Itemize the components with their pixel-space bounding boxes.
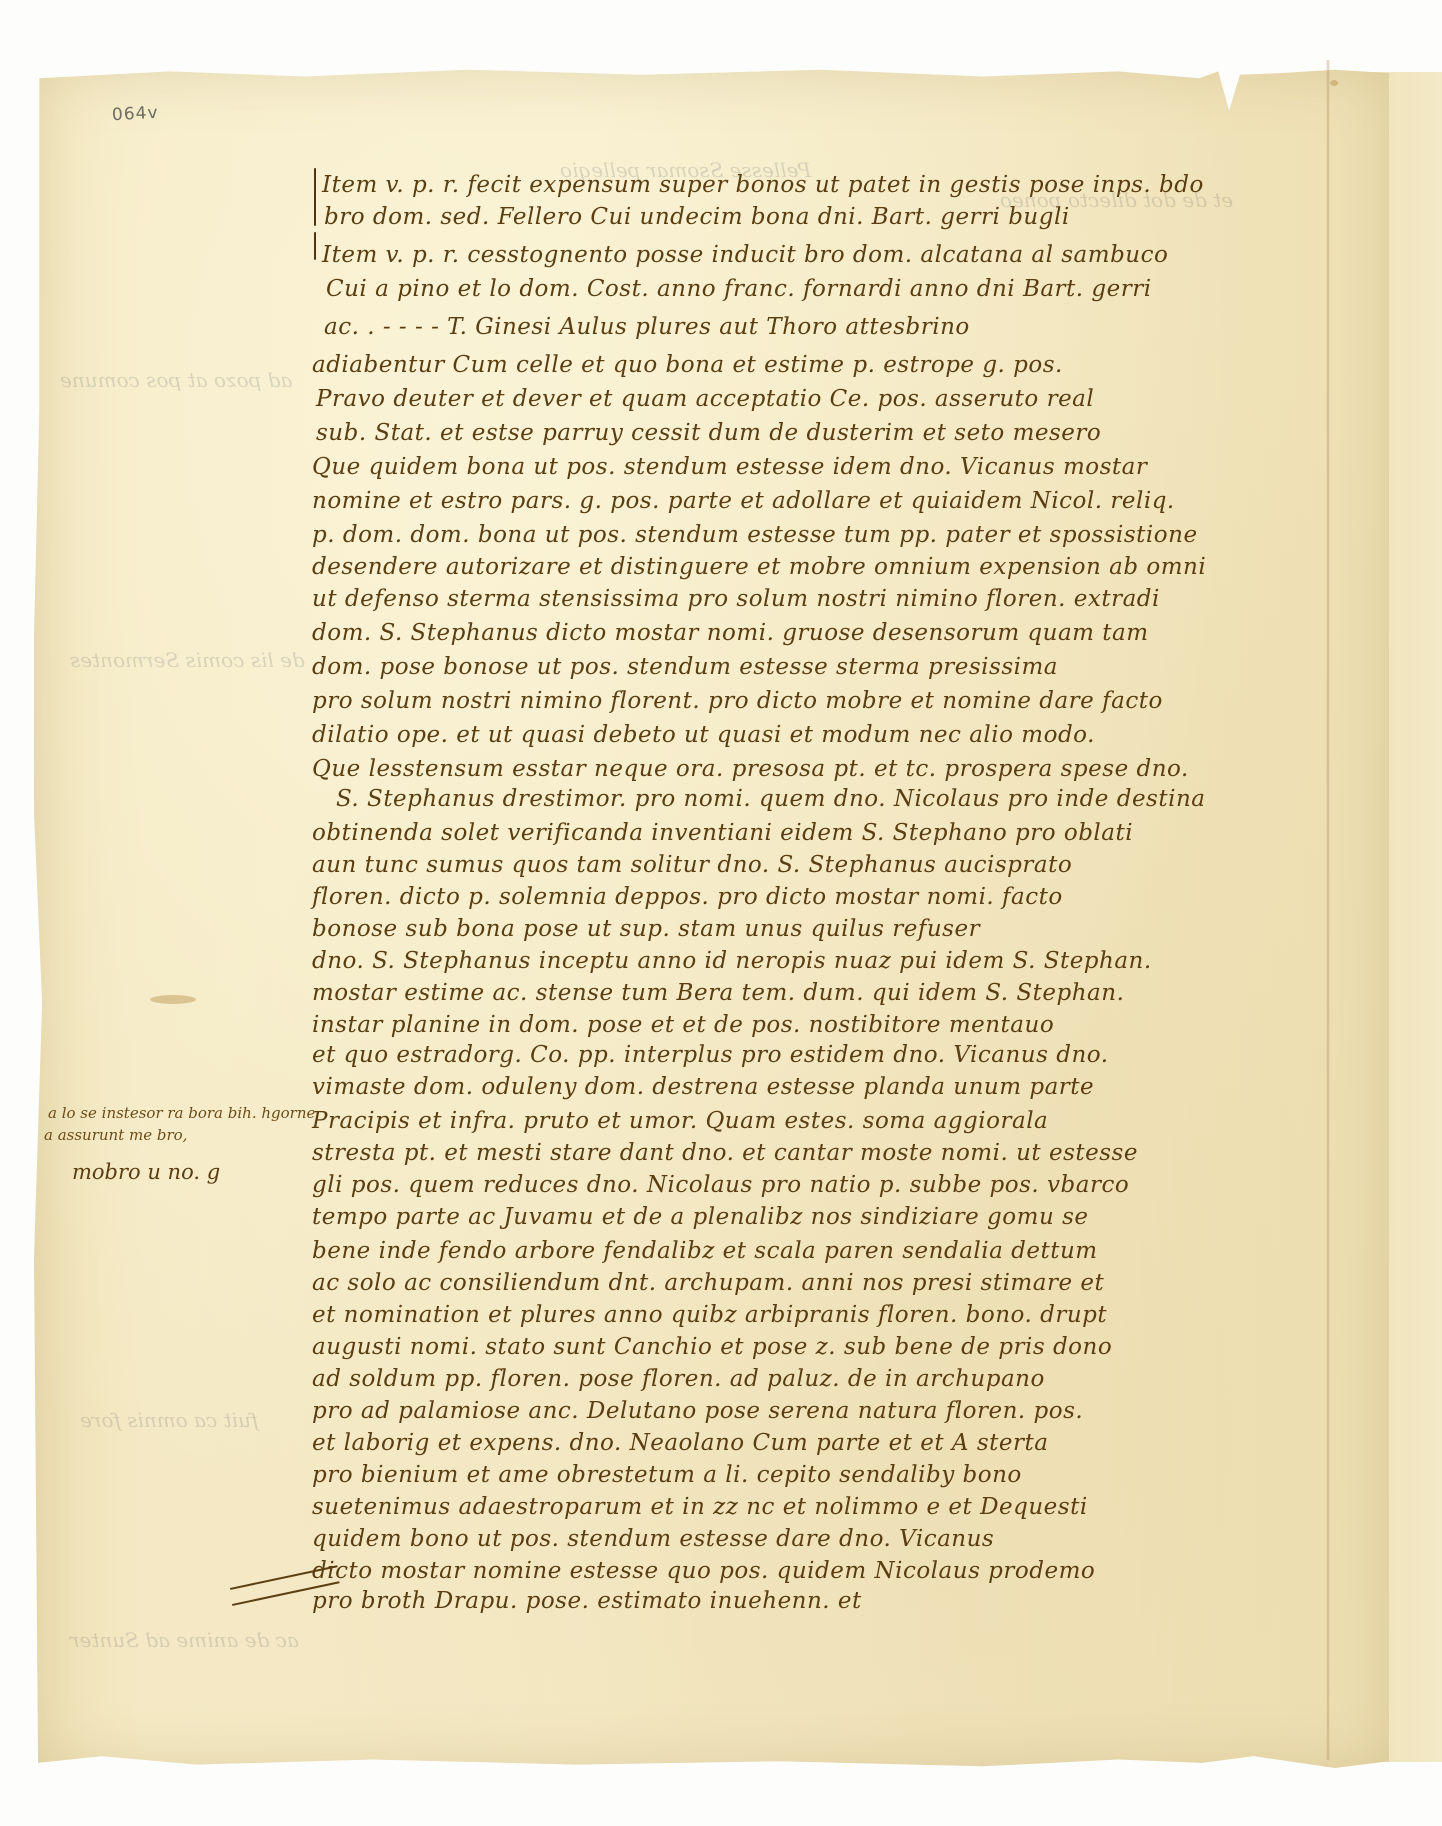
text-line: pro solum nostri nimino florent. pro dic… [312, 688, 1163, 714]
text-line: nomine et estro pars. g. pos. parte et a… [312, 488, 1175, 514]
text-line: ad soldum pp. floren. pose floren. ad pa… [312, 1366, 1045, 1392]
text-line: ac. . - - - - T. Ginesi Aulus plures aut… [324, 314, 970, 340]
marginal-note-line: mobro u no. g [72, 1160, 220, 1184]
text-line: Que quidem bona ut pos. stendum estesse … [312, 454, 1147, 480]
text-line: aun tunc sumus quos tam solitur dno. S. … [312, 852, 1072, 878]
text-line: obtinenda solet verificanda inventiani e… [312, 820, 1133, 846]
text-line: floren. dicto p. solemnia deppos. pro di… [312, 884, 1063, 910]
text-line: p. dom. dom. bona ut pos. stendum estess… [312, 522, 1198, 548]
text-line: adiabentur Cum celle et quo bona et esti… [312, 352, 1063, 378]
text-line: et quo estradorg. Co. pp. interplus pro … [312, 1042, 1109, 1068]
text-line: sub. Stat. et estse parruy cessit dum de… [316, 420, 1101, 446]
item-bracket [314, 232, 316, 260]
text-line: mostar estime ac. stense tum Bera tem. d… [312, 980, 1124, 1006]
text-line: S. Stephanus drestimor. pro nomi. quem d… [336, 786, 1206, 812]
text-line: ac solo ac consiliendum dnt. archupam. a… [312, 1270, 1104, 1296]
folio-number: 064v [112, 103, 159, 125]
text-line: Cui a pino et lo dom. Cost. anno franc. … [326, 276, 1152, 302]
ink-stain [150, 995, 196, 1004]
marginal-note-line: a assurunt me bro, [44, 1126, 187, 1144]
text-line: dicto mostar nomine estesse quo pos. qui… [312, 1558, 1095, 1584]
text-line: bro dom. sed. Fellero Cui undecim bona d… [324, 204, 1070, 230]
text-line: Pracipis et infra. pruto et umor. Quam e… [312, 1108, 1048, 1134]
text-line: pro bienium et ame obrestetum a li. cepi… [312, 1462, 1022, 1488]
text-line: bene inde fendo arbore fendalibz et scal… [312, 1238, 1098, 1264]
text-line: instar planine in dom. pose et et de pos… [312, 1012, 1054, 1038]
item-bracket [314, 168, 316, 226]
bleed-through-text: ad pozo at pos comune [60, 360, 292, 400]
marginal-note-line: a lo se instesor ra bora bih. hgorne [48, 1104, 315, 1122]
ink-stain [1330, 80, 1338, 86]
bleed-through-text: fuit ca omnis fore [80, 1400, 258, 1440]
fold-crease [1326, 60, 1330, 1760]
text-line: stresta pt. et mesti stare dant dno. et … [312, 1140, 1138, 1166]
text-line: quidem bono ut pos. stendum estesse dare… [312, 1526, 994, 1552]
text-line: desendere autorizare et distinguere et m… [312, 554, 1206, 580]
bleed-through-text: ac de anime ad Sunter [70, 1620, 299, 1660]
text-line: dom. pose bonose ut pos. stendum estesse… [312, 654, 1058, 680]
text-line: dom. S. Stephanus dicto mostar nomi. gru… [312, 620, 1149, 646]
text-line: Pravo deuter et dever et quam acceptatio… [316, 386, 1094, 412]
manuscript-scan: Pellesse Ssomar pellegio et de dot dilec… [0, 0, 1442, 1826]
text-line: pro broth Drapu. pose. estimato inuehenn… [312, 1588, 862, 1614]
text-line: gli pos. quem reduces dno. Nicolaus pro … [312, 1172, 1129, 1198]
bleed-through-text: de lis comis Sermontes [70, 640, 305, 680]
text-line: ut defenso sterma stensissima pro solum … [312, 586, 1160, 612]
text-line: et laborig et expens. dno. Neaolano Cum … [312, 1430, 1048, 1456]
text-line: pro ad palamiose anc. Delutano pose sere… [312, 1398, 1083, 1424]
text-line: dilatio ope. et ut quasi debeto ut quasi… [312, 722, 1095, 748]
text-line: vimaste dom. oduleny dom. destrena estes… [312, 1074, 1094, 1100]
text-line: dno. S. Stephanus inceptu anno id neropi… [312, 948, 1152, 974]
text-line: bonose sub bona pose ut sup. stam unus q… [312, 916, 980, 942]
text-line: suetenimus adaestroparum et in zz nc et … [312, 1494, 1088, 1520]
text-line: augusti nomi. stato sunt Canchio et pose… [312, 1334, 1112, 1360]
text-line: Que lesstensum esstar neque ora. presosa… [312, 756, 1189, 782]
text-line: tempo parte ac Juvamu et de a plenalibz … [312, 1204, 1088, 1230]
text-line: Item v. p. r. fecit expensum super bonos… [322, 172, 1204, 198]
text-line: et nomination et plures anno quibz arbip… [312, 1302, 1107, 1328]
text-line: Item v. p. r. cesstognento posse inducit… [322, 242, 1168, 268]
